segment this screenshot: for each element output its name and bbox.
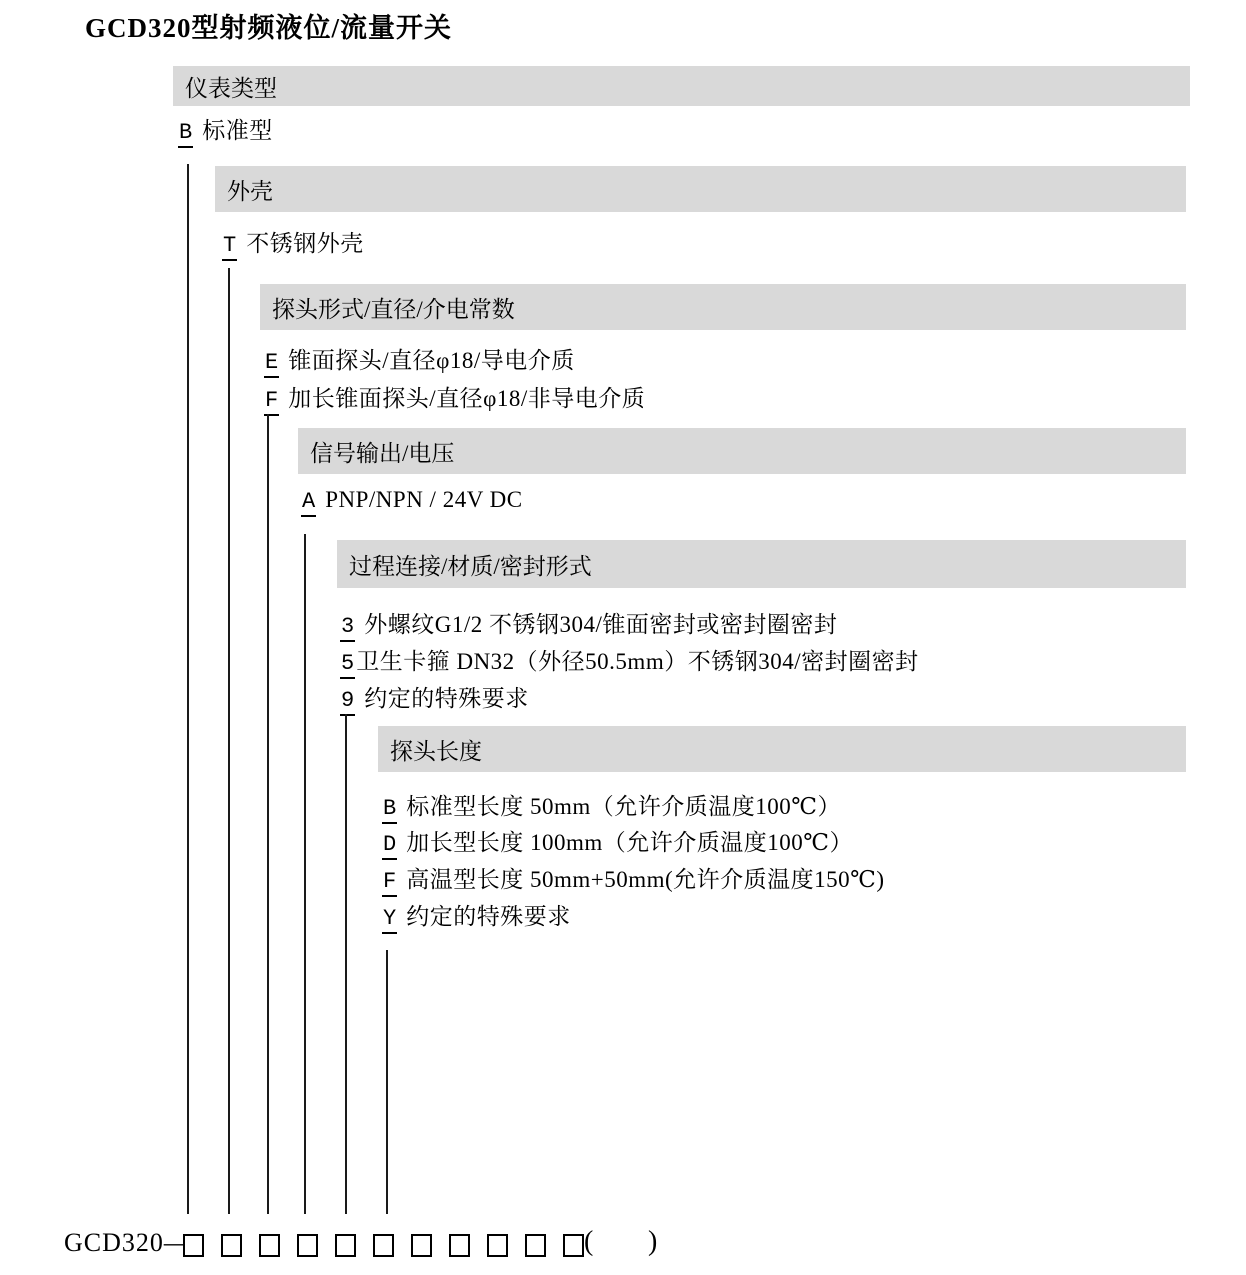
option-label: PNP/NPN / 24V DC xyxy=(325,487,522,513)
option-row: B 标准型 xyxy=(178,112,273,148)
connector-line xyxy=(386,950,388,1214)
option-row: 9 约定的特殊要求 xyxy=(340,680,529,716)
section-header-instrument-type: 仪表类型 xyxy=(173,66,1190,106)
option-row: D 加长型长度 100mm（允许介质温度100℃） xyxy=(382,824,853,860)
order-code-box xyxy=(487,1234,508,1257)
order-code-box xyxy=(221,1234,242,1257)
option-label: 不锈钢外壳 xyxy=(246,225,364,258)
option-label: 加长锥面探头/直径φ18/非导电介质 xyxy=(288,380,645,413)
option-row: Y 约定的特殊要求 xyxy=(382,898,571,934)
option-row: T 不锈钢外壳 xyxy=(222,225,364,261)
option-code: T xyxy=(222,233,237,261)
option-label: 标准型 xyxy=(202,112,273,145)
order-code-paren-close: ) xyxy=(648,1226,657,1258)
option-code: 5 xyxy=(340,651,355,679)
order-code-box xyxy=(297,1234,318,1257)
order-code-prefix: GCD320— xyxy=(64,1228,191,1258)
connector-line xyxy=(187,164,189,1214)
connector-line xyxy=(228,268,230,1214)
option-row: B 标准型长度 50mm（允许介质温度100℃） xyxy=(382,788,841,824)
option-code: F xyxy=(264,388,279,416)
section-header-probe-length: 探头长度 xyxy=(378,726,1186,772)
order-code-box xyxy=(563,1234,584,1257)
option-code: D xyxy=(382,832,397,860)
order-code-box xyxy=(373,1234,394,1257)
page-title: GCD320型射频液位/流量开关 xyxy=(85,6,452,45)
order-code-boxes xyxy=(183,1234,584,1257)
connector-line xyxy=(345,714,347,1214)
option-row: F 高温型长度 50mm+50mm(允许介质温度150℃) xyxy=(382,861,885,897)
option-label: 外螺纹G1/2 不锈钢304/锥面密封或密封圈密封 xyxy=(364,606,837,639)
section-header-signal-output: 信号输出/电压 xyxy=(298,428,1186,474)
option-code: 3 xyxy=(340,614,355,642)
option-label: 加长型长度 100mm（允许介质温度100℃） xyxy=(406,824,853,857)
order-code-box xyxy=(259,1234,280,1257)
option-row: 5 卫生卡箍 DN32（外径50.5mm）不锈钢304/密封圈密封 xyxy=(340,643,919,679)
order-code-box xyxy=(525,1234,546,1257)
option-label: 高温型长度 50mm+50mm(允许介质温度150℃) xyxy=(406,861,884,894)
option-label: 约定的特殊要求 xyxy=(364,680,529,713)
option-row: F 加长锥面探头/直径φ18/非导电介质 xyxy=(264,380,645,416)
option-code: A xyxy=(301,489,316,517)
section-header-process-connection: 过程连接/材质/密封形式 xyxy=(337,540,1186,588)
order-code-box xyxy=(335,1234,356,1257)
section-header-housing: 外壳 xyxy=(215,166,1186,212)
order-code-box xyxy=(411,1234,432,1257)
order-code-paren-open: ( xyxy=(584,1226,593,1258)
section-header-probe-form: 探头形式/直径/介电常数 xyxy=(260,284,1186,330)
option-code: Y xyxy=(382,906,397,934)
option-code: F xyxy=(382,869,397,897)
connector-line xyxy=(267,414,269,1214)
option-label: 锥面探头/直径φ18/导电介质 xyxy=(288,342,575,375)
option-label: 约定的特殊要求 xyxy=(406,898,571,931)
option-row: E 锥面探头/直径φ18/导电介质 xyxy=(264,342,575,378)
connector-line xyxy=(304,534,306,1214)
option-code: 9 xyxy=(340,688,355,716)
option-code: B xyxy=(382,796,397,824)
option-label: 卫生卡箍 DN32（外径50.5mm）不锈钢304/密封圈密封 xyxy=(356,643,918,676)
option-code: B xyxy=(178,120,193,148)
option-row: 3 外螺纹G1/2 不锈钢304/锥面密封或密封圈密封 xyxy=(340,606,837,642)
option-label: 标准型长度 50mm（允许介质温度100℃） xyxy=(406,788,841,821)
option-code: E xyxy=(264,350,279,378)
order-code-box xyxy=(449,1234,470,1257)
document-page: GCD320型射频液位/流量开关 仪表类型 B 标准型 外壳 T 不锈钢外壳 探… xyxy=(0,0,1246,1275)
order-code-box xyxy=(183,1234,204,1257)
option-row: A PNP/NPN / 24V DC xyxy=(301,487,523,517)
